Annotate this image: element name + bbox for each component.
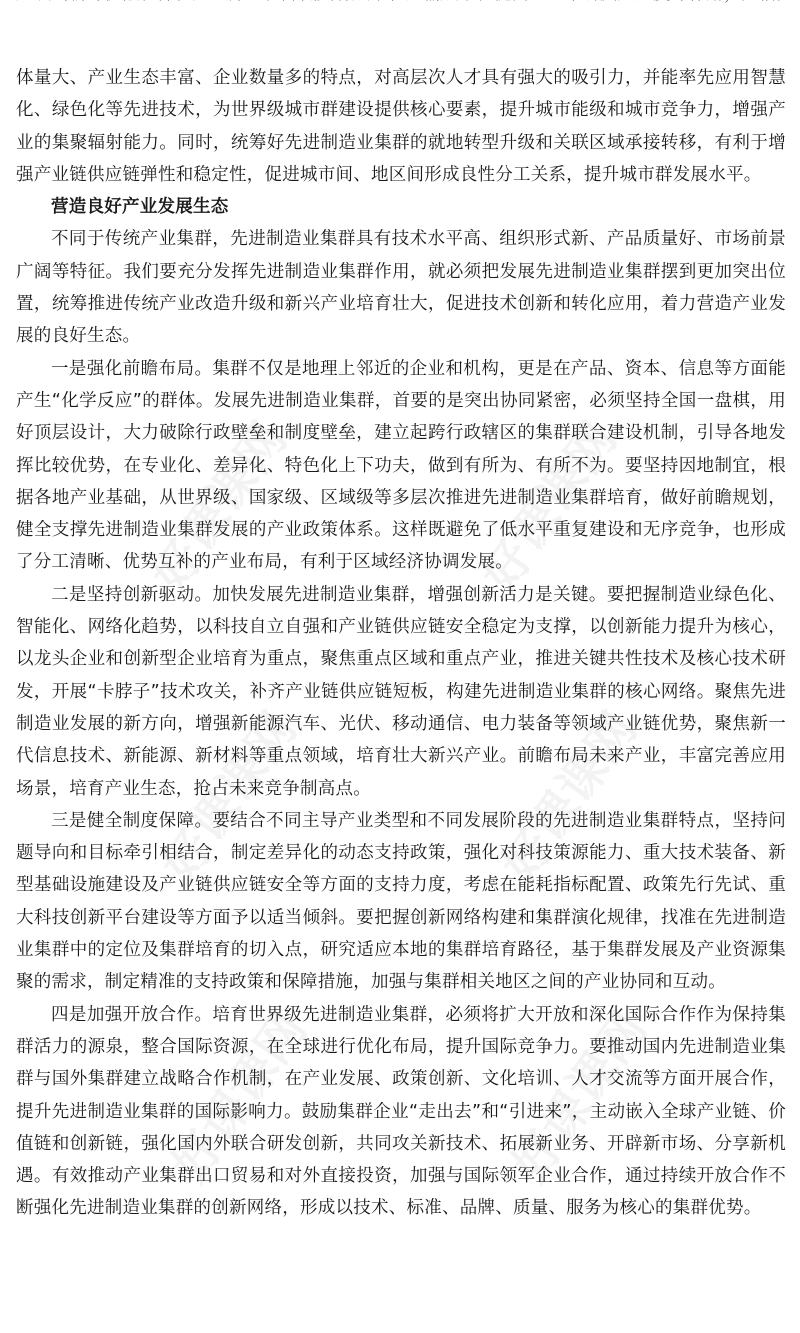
paragraph-point-4: 四是加强开放合作。培育世界级先进制造业集群，必须将扩大开放和深化国际合作作为保持… [16,999,786,1225]
paragraph-cluster-advantages: 体量大、产业生态丰富、企业数量多的特点，对高层次人才具有强大的吸引力，并能率先应… [16,62,786,191]
section-heading: 营造良好产业发展生态 [16,191,786,223]
paragraph-point-1: 一是强化前瞻布局。集群不仅是地理上邻近的企业和机构，更是在产品、资本、信息等方面… [16,353,786,579]
paragraph-point-3: 三是健全制度保障。要结合不同主导产业类型和不同发展阶段的先进制造业集群特点，坚持… [16,805,786,999]
article-body: 体量大、产业生态丰富、企业数量多的特点，对高层次人才具有强大的吸引力，并能率先应… [16,62,786,1225]
paragraph-point-2: 二是坚持创新驱动。加快发展先进制造业集群，增强创新活力是关键。要把握制造业绿色化… [16,579,786,805]
top-partial-line: 知识创新与扩散、深化产业分工、降低交易成本和运输成本、提高企业市场反应速度等作用… [16,0,786,10]
paragraph-intro: 不同于传统产业集群，先进制造业集群具有技术水平高、组织形式新、产品质量好、市场前… [16,223,786,352]
